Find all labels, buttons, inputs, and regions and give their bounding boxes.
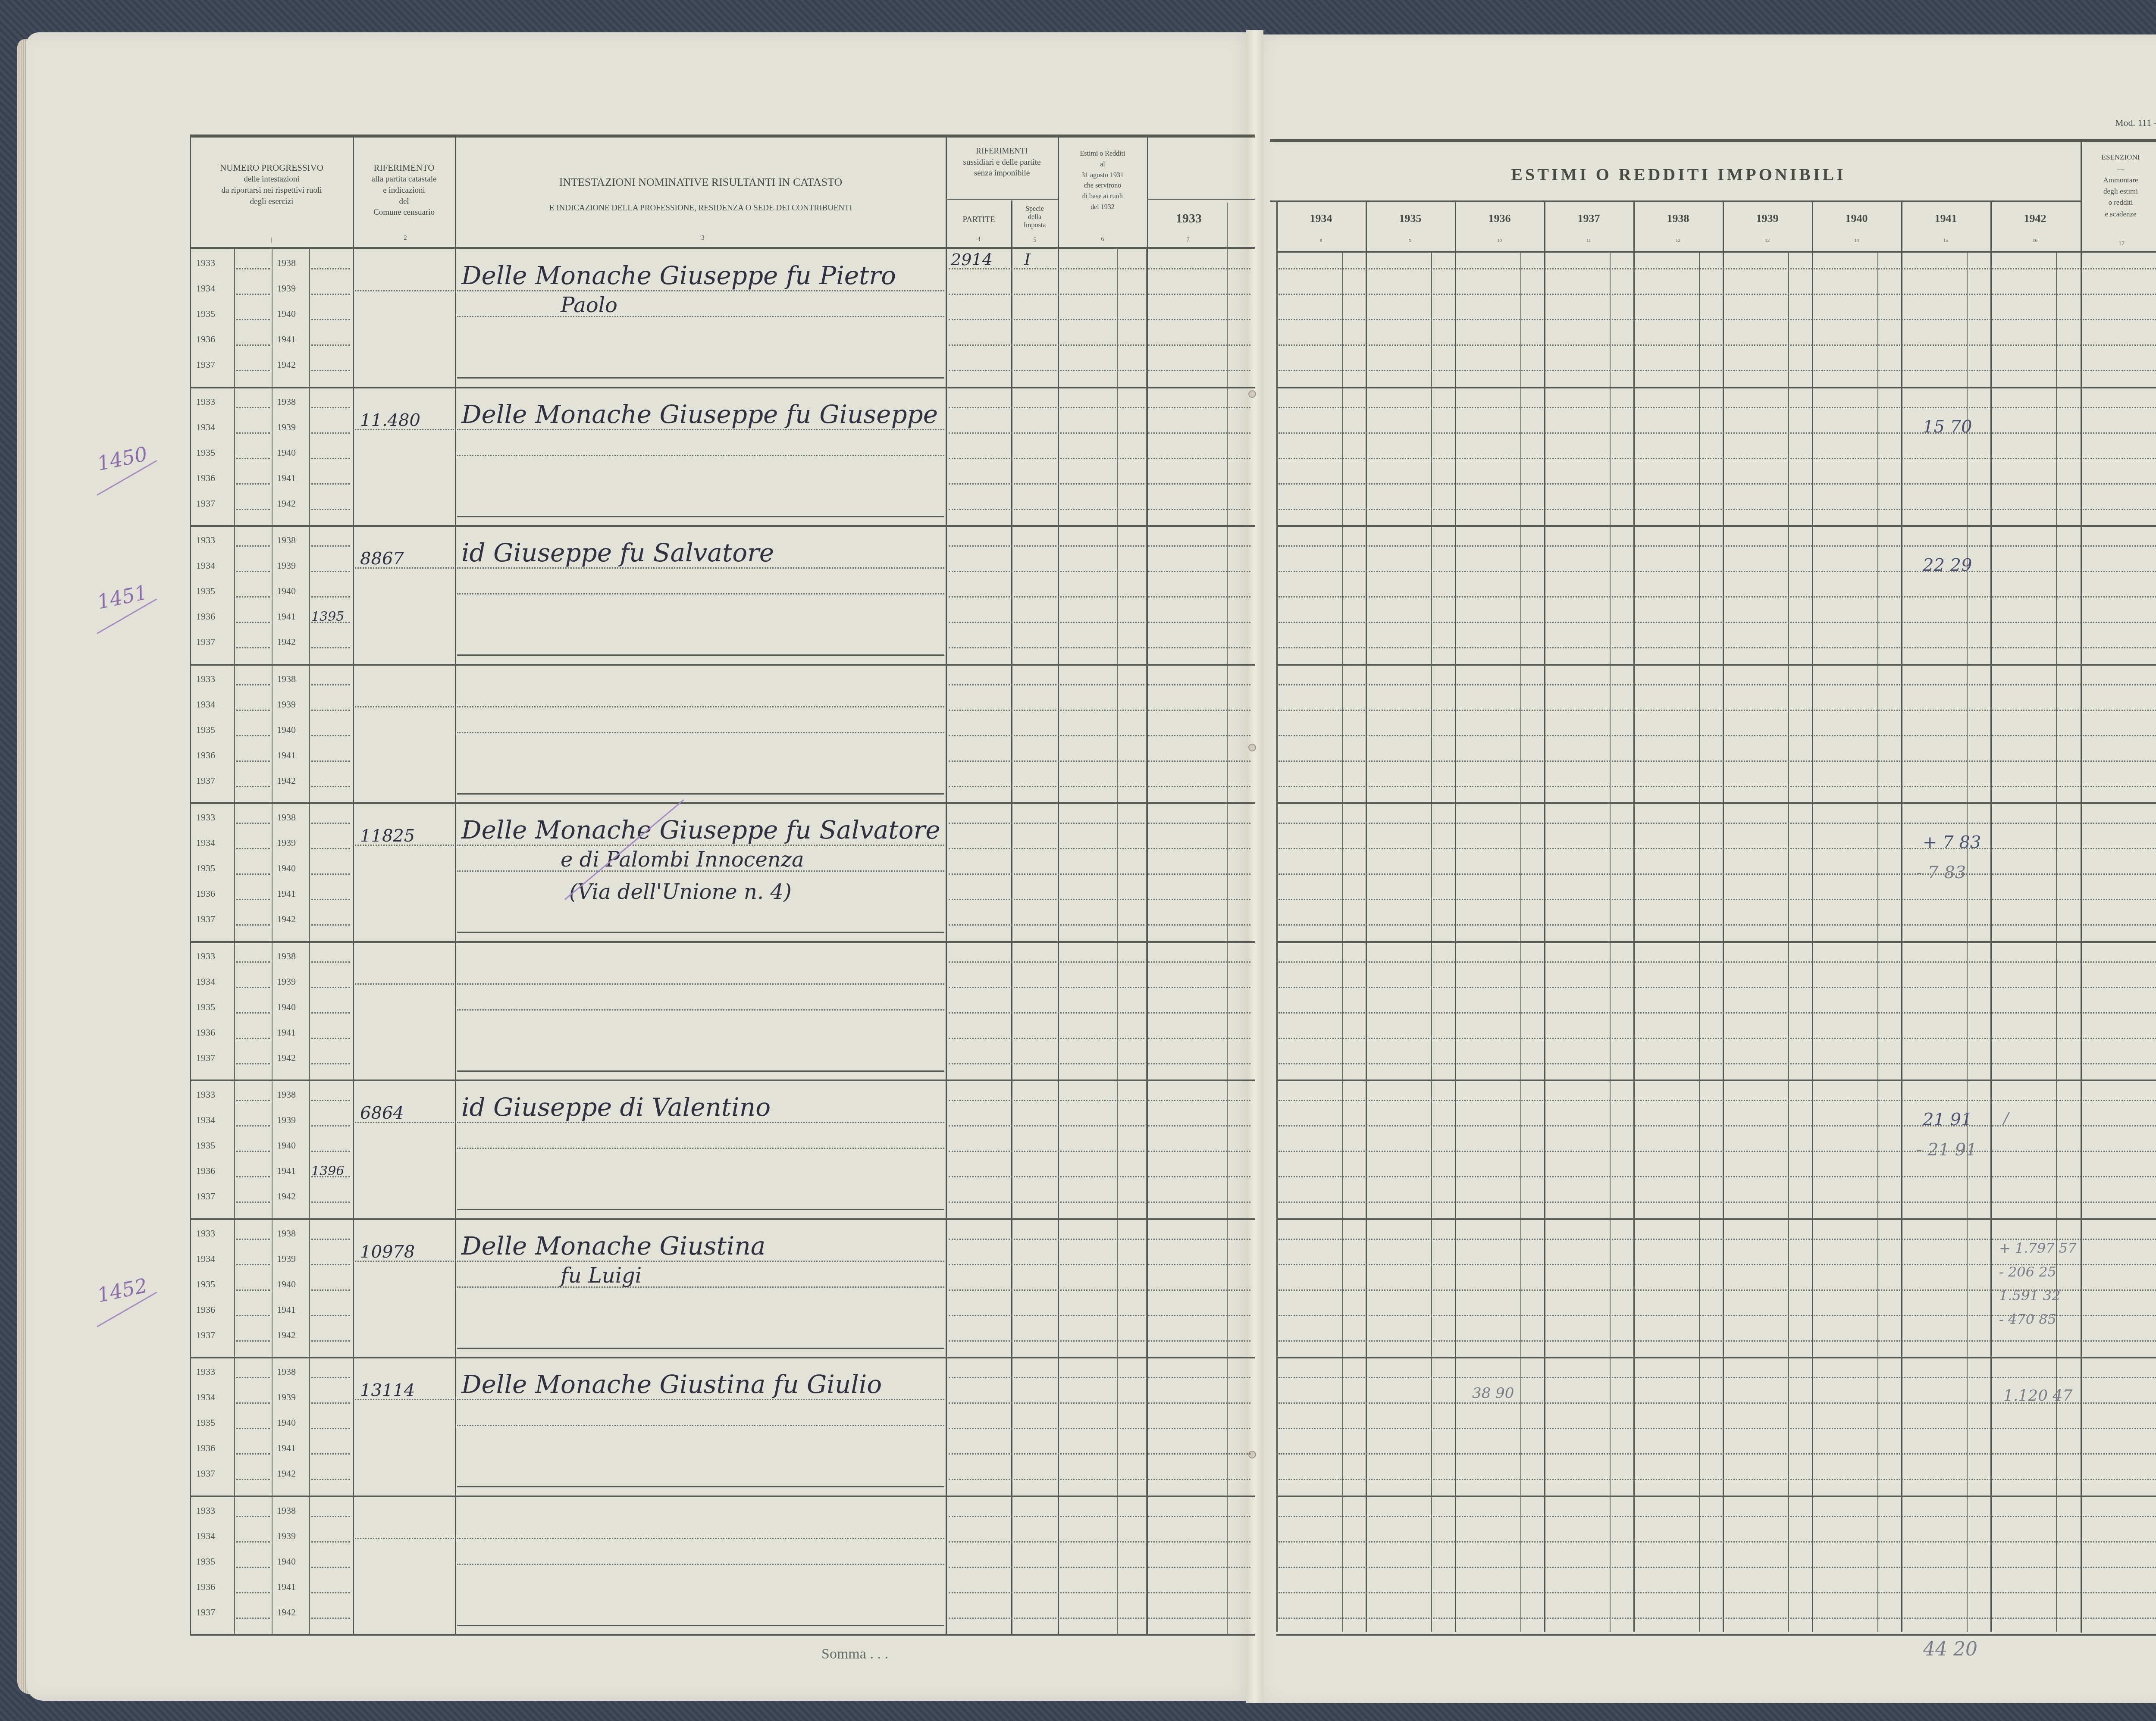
year-label: 1936 <box>196 1027 215 1038</box>
year-label: 1934 <box>196 1392 215 1403</box>
year-label: 1942 <box>277 1468 296 1479</box>
year-label: 1938 <box>277 257 296 269</box>
header-1933: 1933 <box>1148 211 1230 226</box>
partita-ref: 10978 <box>360 1242 415 1262</box>
year-label: 1937 <box>196 1607 215 1618</box>
form-id: Mod. 111 - Imposte Dirette (Intercalare)… <box>2115 117 2156 128</box>
year-label: 1936 <box>196 472 215 484</box>
year-label: 1936 <box>196 1304 215 1315</box>
year-label: 1942 <box>277 914 296 925</box>
year-label: 1935 <box>196 1140 215 1151</box>
partita-ref: 6864 <box>360 1103 404 1123</box>
year-label: 1938 <box>277 812 296 823</box>
year-label: 1942 <box>277 775 296 786</box>
year-label: 1941 <box>277 1443 296 1454</box>
contributor-name-line: id Giuseppe fu Salvatore <box>461 538 774 567</box>
year-label: 1938 <box>277 535 296 546</box>
contributor-name-line: Paolo <box>561 293 617 317</box>
year-label: 1941 <box>277 334 296 345</box>
value-1941: 22 29 <box>1923 555 1972 575</box>
year-label: 1934 <box>196 976 215 987</box>
value-1942-calc-line: 1.591 32 <box>1999 1287 2061 1304</box>
year-header-1938: 1938 <box>1633 212 1723 225</box>
year-label: 1939 <box>277 699 296 710</box>
year-label: 1938 <box>277 951 296 962</box>
year-label: 1938 <box>277 673 296 685</box>
year-label: 1936 <box>196 1581 215 1593</box>
year-label: 1935 <box>196 863 215 874</box>
year-label: 1935 <box>196 447 215 458</box>
year-label: 1936 <box>196 888 215 899</box>
year-label: 1939 <box>277 837 296 848</box>
year-label: 1941 <box>277 1027 296 1038</box>
year-label: 1941 <box>277 888 296 899</box>
year-header-1942: 1942 <box>1990 212 2080 225</box>
year-label: 1942 <box>277 1330 296 1341</box>
year-label: 1939 <box>277 283 296 294</box>
year-label: 1936 <box>196 1443 215 1454</box>
partita-ref: 8867 <box>360 549 404 569</box>
somma-1941-value: 44 20 <box>1923 1638 1977 1660</box>
year-label: 1942 <box>277 359 296 370</box>
contributor-name-line: Delle Monache Giuseppe fu Pietro <box>461 261 896 290</box>
year-label: 1941 <box>277 1304 296 1315</box>
year-label: 1933 <box>196 1228 215 1239</box>
year-label: 1940 <box>277 1001 296 1013</box>
year-label: 1939 <box>277 1392 296 1403</box>
value-1936: 38 90 <box>1472 1385 1514 1402</box>
partita-ref: 11825 <box>360 826 415 846</box>
year-label: 1933 <box>196 1366 215 1377</box>
year-label: 1938 <box>277 1505 296 1516</box>
year-header-1937: 1937 <box>1544 212 1633 225</box>
right-page <box>1255 34 2156 1703</box>
year-header-1939: 1939 <box>1723 212 1812 225</box>
contributor-name-line: Delle Monache Giustina <box>461 1231 765 1261</box>
year-label: 1934 <box>196 560 215 571</box>
year-label: 1934 <box>196 837 215 848</box>
year-label: 1935 <box>196 308 215 319</box>
year-label: 1937 <box>196 775 215 786</box>
year-label: 1933 <box>196 535 215 546</box>
year-label: 1934 <box>196 1530 215 1542</box>
year-label: 1937 <box>196 1052 215 1064</box>
binding-hole <box>1248 1451 1256 1458</box>
header-esenzioni: ESENZIONI — Ammontare degli estimi o red… <box>2082 152 2156 220</box>
year-label: 1935 <box>196 1001 215 1013</box>
contributor-name-line: Delle Monache Giuseppe fu Salvatore <box>461 815 940 845</box>
year-label: 1937 <box>196 359 215 370</box>
year-label: 1939 <box>277 1530 296 1542</box>
year-label: 1940 <box>277 863 296 874</box>
specie-value: I <box>1024 250 1031 269</box>
year-label: 1933 <box>196 812 215 823</box>
contributor-name-line: fu Luigi <box>561 1264 642 1288</box>
year-label: 1941 <box>277 1165 296 1177</box>
year-label: 1939 <box>277 422 296 433</box>
contributor-name-line: Delle Monache Giuseppe fu Giuseppe <box>461 400 938 429</box>
contributor-name-line: id Giuseppe di Valentino <box>461 1092 771 1122</box>
year-label: 1935 <box>196 1417 215 1428</box>
contributor-name-line: Delle Monache Giustina fu Giulio <box>461 1370 882 1399</box>
year-label: 1939 <box>277 976 296 987</box>
value-1941: 21 91 <box>1923 1110 1972 1130</box>
year-label: 1933 <box>196 257 215 269</box>
header-col4-group: RIFERIMENTI sussidiari e delle partite s… <box>947 146 1057 179</box>
binding-hole <box>1248 744 1256 751</box>
year-label: 1941 <box>277 1581 296 1593</box>
header-col2: RIFERIMENTO alla partita catastale e ind… <box>354 162 454 218</box>
year-label: 1942 <box>277 1191 296 1202</box>
header-col1: NUMERO PROGRESSIVO delle intestazioni da… <box>192 162 351 207</box>
year-label: 1940 <box>277 1279 296 1290</box>
year-label: 1936 <box>196 611 215 622</box>
year-label: 1933 <box>196 396 215 407</box>
year-header-1940: 1940 <box>1812 212 1901 225</box>
year-label: 1938 <box>277 396 296 407</box>
year-label: 1936 <box>196 1165 215 1177</box>
value-1941: 15 70 <box>1923 417 1972 437</box>
year-label: 1936 <box>196 750 215 761</box>
year-label: 1934 <box>196 422 215 433</box>
year-label: 1937 <box>196 498 215 509</box>
year-label: 1937 <box>196 914 215 925</box>
header-col3-subtitle: E INDICAZIONE DELLA PROFESSIONE, RESIDEN… <box>457 203 944 214</box>
year-label: 1934 <box>196 1253 215 1264</box>
side-ref: 1396 <box>311 1164 344 1179</box>
year-label: 1942 <box>277 1607 296 1618</box>
year-label: 1933 <box>196 673 215 685</box>
year-header-1941: 1941 <box>1901 212 1990 225</box>
year-label: 1937 <box>196 1330 215 1341</box>
year-label: 1940 <box>277 1417 296 1428</box>
partita-ref: 13114 <box>360 1380 415 1400</box>
somma-label: Somma . . . <box>821 1646 888 1662</box>
year-label: 1942 <box>277 498 296 509</box>
value-1941-adjust: - 7 83 <box>1916 863 1966 882</box>
header-partite: PARTITE <box>947 214 1011 225</box>
value-1941-adjust: - 21 91 <box>1916 1140 1977 1160</box>
year-label: 1933 <box>196 1089 215 1100</box>
year-label: 1941 <box>277 611 296 622</box>
year-label: 1937 <box>196 1191 215 1202</box>
header-estimi-1931: Estimi o Redditi al 31 agosto 1931 che s… <box>1059 149 1146 213</box>
contributor-name-line: (Via dell'Unione n. 4) <box>569 880 792 904</box>
year-label: 1940 <box>277 1140 296 1151</box>
year-label: 1935 <box>196 1279 215 1290</box>
value-1942-calc-line: - 470 85 <box>1999 1311 2056 1327</box>
year-label: 1940 <box>277 724 296 735</box>
value-1941: + 7 83 <box>1923 832 1981 852</box>
year-label: 1941 <box>277 750 296 761</box>
year-label: 1933 <box>196 1505 215 1516</box>
year-label: 1935 <box>196 1556 215 1567</box>
year-label: 1936 <box>196 334 215 345</box>
partite-value: 2914 <box>951 250 993 269</box>
year-label: 1934 <box>196 283 215 294</box>
value-1942: / <box>2003 1110 2009 1127</box>
year-label: 1942 <box>277 1052 296 1064</box>
year-label: 1940 <box>277 308 296 319</box>
side-ref: 1395 <box>311 609 344 624</box>
year-label: 1940 <box>277 1556 296 1567</box>
year-label: 1941 <box>277 472 296 484</box>
header-col3-title: INTESTAZIONI NOMINATIVE RISULTANTI IN CA… <box>457 175 944 190</box>
year-label: 1939 <box>277 560 296 571</box>
partita-ref: 11.480 <box>360 410 420 430</box>
contributor-name-line: e di Palombi Innocenza <box>561 848 804 872</box>
year-label: 1935 <box>196 585 215 597</box>
year-label: 1938 <box>277 1366 296 1377</box>
year-label: 1939 <box>277 1114 296 1126</box>
year-label: 1939 <box>277 1253 296 1264</box>
value-1942-calc-line: - 206 25 <box>1999 1264 2056 1280</box>
year-label: 1942 <box>277 636 296 648</box>
year-label: 1937 <box>196 1468 215 1479</box>
year-label: 1940 <box>277 585 296 597</box>
year-label: 1937 <box>196 636 215 648</box>
year-label: 1938 <box>277 1089 296 1100</box>
value-1942-calc-line: + 1.797 57 <box>1999 1240 2076 1256</box>
year-label: 1935 <box>196 724 215 735</box>
header-specie: Specie della Imposta <box>1012 205 1057 230</box>
year-label: 1934 <box>196 1114 215 1126</box>
year-header-1936: 1936 <box>1455 212 1544 225</box>
year-label: 1940 <box>277 447 296 458</box>
binding-hole <box>1248 390 1256 398</box>
year-label: 1938 <box>277 1228 296 1239</box>
year-header-1934: 1934 <box>1276 212 1366 225</box>
year-label: 1934 <box>196 699 215 710</box>
year-header-1935: 1935 <box>1366 212 1455 225</box>
header-estimi-imponibili: ESTIMI O REDDITI IMPONIBILI <box>1276 163 2081 186</box>
value-1942: 1.120 47 <box>2003 1387 2072 1405</box>
year-label: 1933 <box>196 951 215 962</box>
